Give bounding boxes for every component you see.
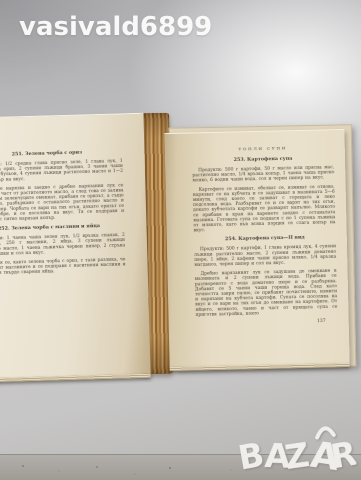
bazar-logo-letter: Z bbox=[282, 435, 311, 477]
recipe-paragraph: Зелето се нарязва и заедно с дребно наря… bbox=[0, 183, 124, 223]
recipe-heading: 252. Зелена чорба с маслини и яйца bbox=[0, 222, 125, 232]
listing-photo: 251. Зелена чорба с ориз Продукти: 1/2 с… bbox=[0, 0, 361, 480]
recipe-heading: 251. Зелена чорба с ориз bbox=[0, 148, 122, 158]
right-page-text: ТОПЛИ СУПИ 253. Картофена супа Продукти:… bbox=[192, 144, 338, 326]
recipe-heading: 254. Картофена супа—II вид bbox=[194, 234, 336, 243]
floor-debris-specks bbox=[22, 465, 24, 467]
bazar-logo-letter: B bbox=[237, 435, 267, 478]
recipe-heading: 253. Картофена супа bbox=[192, 155, 334, 164]
left-page-text: 251. Зелена чорба с ориз Продукти: 1/2 с… bbox=[0, 148, 126, 280]
running-head: ТОПЛИ СУПИ bbox=[192, 144, 334, 152]
page-number: 137 bbox=[196, 318, 338, 326]
bazar-logo: B A Z A R bbox=[237, 424, 357, 480]
recipe-paragraph: Продукти: 1/2 средна глава прясно зеле, … bbox=[0, 158, 123, 183]
recipe-paragraph: Продукти: 1 чаена чаша зелен лук, 1/2 вр… bbox=[0, 232, 125, 257]
right-page: ТОПЛИ СУПИ 253. Картофена супа Продукти:… bbox=[164, 129, 349, 367]
seller-watermark: vasivald6899 bbox=[19, 12, 212, 42]
recipe-paragraph: Продукти: 500 г картофи, 1 глава кромид … bbox=[194, 244, 336, 268]
recipe-paragraph: Дребно нарязаният лук се задушава до оме… bbox=[195, 268, 338, 317]
recipe-paragraph: Картофите се измиват, обелват се, измива… bbox=[193, 184, 336, 233]
left-page: 251. Зелена чорба с ориз Продукти: 1/2 с… bbox=[0, 113, 151, 378]
recipe-paragraph: Приготвя се, както зелена чорба с ориз, … bbox=[0, 257, 126, 277]
recipe-paragraph: Продукти: 500 г картофи, 50 г масло или … bbox=[192, 165, 334, 184]
